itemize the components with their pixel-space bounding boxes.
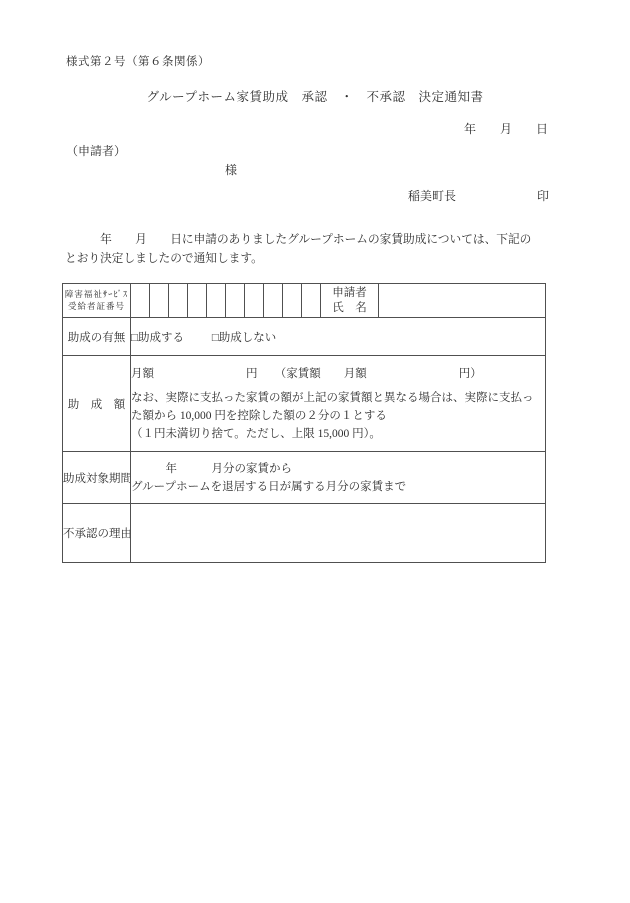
recipient-number-row: 障害福祉ｻｰﾋﾞｽ 受給者証番号 申請者 氏 名 — [63, 284, 546, 318]
rejection-reason-row: 不承認の理由 — [63, 504, 546, 563]
subsidy-status-options: □助成する □助成しない — [131, 318, 546, 356]
recipient-number-label-line1: 障害福祉ｻｰﾋﾞｽ — [63, 289, 130, 301]
recipient-number-digit-box[interactable] — [131, 284, 150, 318]
amount-note-line1: なお、実際に支払った家賃の額が上記の家賃額と異なる場合は、実際に支払っ — [131, 389, 545, 407]
recipient-number-digit-box[interactable] — [264, 284, 283, 318]
applicant-name-field[interactable] — [379, 284, 546, 318]
rejection-reason-field[interactable] — [131, 504, 546, 563]
recipient-number-digit-box[interactable] — [245, 284, 264, 318]
notification-body-line2: とおり決定しましたので通知します。 — [65, 249, 555, 268]
applicant-name-label-line1: 申請者 — [321, 286, 378, 301]
subsidy-status-row: 助成の有無 □助成する □助成しない — [63, 318, 546, 356]
rejection-reason-label: 不承認の理由 — [63, 504, 131, 563]
subsidy-amount-content: 月額 円 （家賃額 月額 円） なお、実際に支払った家賃の額が上記の家賃額と異な… — [131, 356, 546, 452]
notification-body-line1: 年 月 日に申請のありましたグループホームの家賃助成については、下記の — [65, 230, 555, 249]
subsidy-period-line1[interactable]: 年 月分の家賃から — [131, 460, 545, 478]
recipient-number-digit-box[interactable] — [207, 284, 226, 318]
page-title: グループホーム家賃助成 承認 ・ 不承認 決定通知書 — [0, 87, 630, 105]
recipient-number-label-line2: 受給者証番号 — [63, 301, 130, 313]
amount-note: なお、実際に支払った家賃の額が上記の家賃額と異なる場合は、実際に支払っ た額から… — [131, 389, 545, 443]
subsidy-period-line2: グループホームを退居する日が属する月分の家賃まで — [131, 478, 545, 496]
mayor-title: 稲美町長 — [408, 187, 456, 204]
recipient-number-digit-box[interactable] — [169, 284, 188, 318]
honorific-sama: 様 — [225, 161, 237, 178]
date-blank-line: 年 月 日 — [464, 120, 548, 137]
recipient-number-digit-box[interactable] — [283, 284, 302, 318]
applicant-label: （申請者） — [66, 142, 126, 159]
subsidy-amount-row: 助 成 額 月額 円 （家賃額 月額 円） なお、実際に支払った家賃の額が上記の… — [63, 356, 546, 452]
recipient-number-label: 障害福祉ｻｰﾋﾞｽ 受給者証番号 — [63, 284, 131, 318]
checkbox-approve[interactable]: □助成する — [131, 332, 184, 344]
document-page: 様式第２号（第６条関係） グループホーム家賃助成 承認 ・ 不承認 決定通知書 … — [0, 0, 630, 903]
recipient-number-digit-box[interactable] — [188, 284, 207, 318]
amount-note-line2: た額から 10,000 円を控除した額の２分の１とする — [131, 407, 545, 425]
checkbox-reject[interactable]: □助成しない — [212, 332, 276, 344]
subsidy-period-content: 年 月分の家賃から グループホームを退居する日が属する月分の家賃まで — [131, 452, 546, 504]
recipient-number-digit-box[interactable] — [150, 284, 169, 318]
subsidy-amount-label: 助 成 額 — [63, 356, 131, 452]
subsidy-status-label: 助成の有無 — [63, 318, 131, 356]
applicant-name-label-line2: 氏 名 — [321, 301, 378, 316]
applicant-name-label: 申請者 氏 名 — [321, 284, 379, 318]
recipient-number-digit-box[interactable] — [226, 284, 245, 318]
subsidy-period-label: 助成対象期間 — [63, 452, 131, 504]
form-number: 様式第２号（第６条関係） — [66, 53, 210, 69]
amount-note-line3: （１円未満切り捨て。ただし、上限 15,000 円）。 — [131, 425, 545, 443]
recipient-number-digit-box[interactable] — [302, 284, 321, 318]
decision-table: 障害福祉ｻｰﾋﾞｽ 受給者証番号 申請者 氏 名 助成の有無 □助成する □助成… — [62, 283, 546, 563]
subsidy-period-row: 助成対象期間 年 月分の家賃から グループホームを退居する日が属する月分の家賃ま… — [63, 452, 546, 504]
seal-placeholder: 印 — [537, 187, 549, 204]
notification-body: 年 月 日に申請のありましたグループホームの家賃助成については、下記の とおり決… — [65, 230, 555, 268]
amount-blank-line[interactable]: 月額 円 （家賃額 月額 円） — [131, 365, 545, 383]
